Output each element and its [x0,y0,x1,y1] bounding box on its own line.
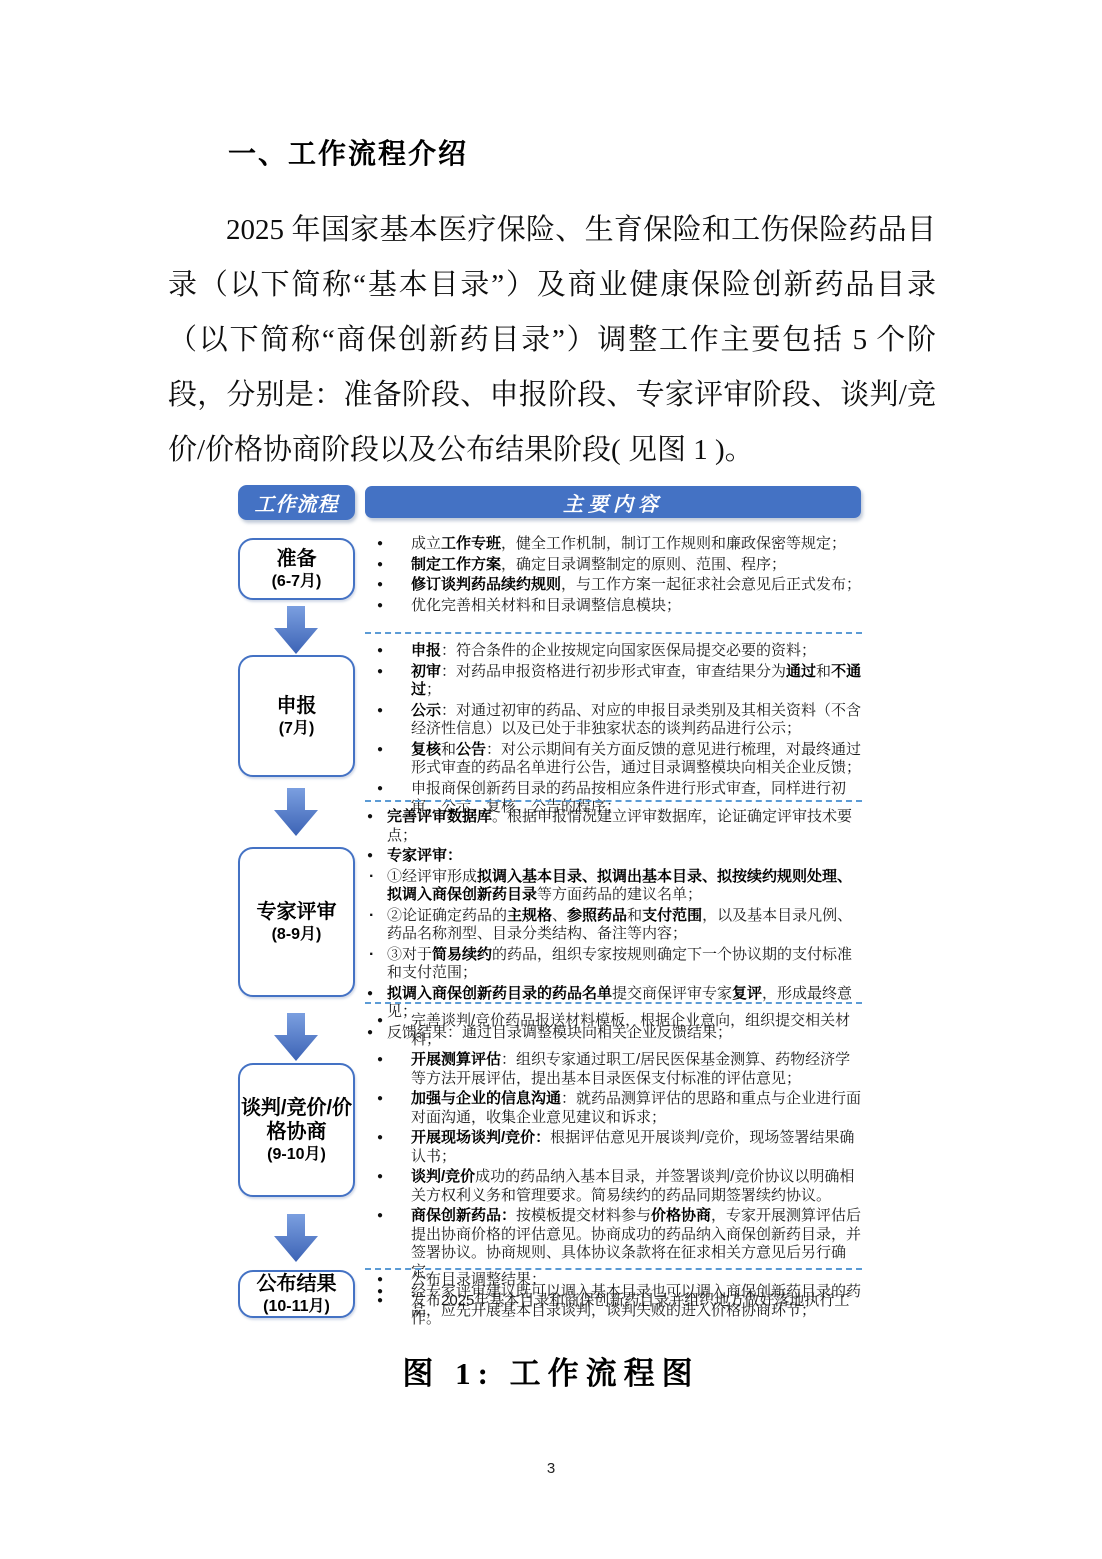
bullet-text: ①经评审形成拟调入基本目录、拟调出基本目录、拟按续约规则处理、拟调入商保创新药目… [387,868,862,905]
bullet-text: 复核和公告：对公示期间有关方面反馈的意见进行梳理，对最终通过形式审查的药品名单进… [411,741,862,778]
stage-label: 准备 [277,547,317,571]
bullet-item: ●公布目录调整结果； [365,1271,862,1290]
bullet-item: ●专家评审： [365,847,862,866]
bullet-icon: ● [365,1129,411,1166]
bullet-text: 优化完善相关材料和目录调整信息模块； [411,597,862,616]
bullet-item: ●优化完善相关材料和目录调整信息模块； [365,597,862,616]
stage-box: 申报(7月) [238,655,355,777]
bullet-text: 完善谈判/竞价药品报送材料模板，根据企业意向，组织提交相关材料； [411,1012,862,1049]
down-arrow-icon [274,788,318,836]
bullet-text: 专家评审： [387,847,862,866]
bullet-item: ●发布2025年基本目录和商保创新药目录并组织地方做好落地执行工作。 [365,1292,862,1329]
stage-period: (6-7月) [272,571,322,592]
down-arrow-icon [274,1013,318,1061]
stage-label: 谈判/竞价/价格协商 [240,1096,353,1144]
bullet-item: ●开展测算评估：组织专家通过职工/居民医保基金测算、药物经济学等方法开展评估，提… [365,1051,862,1088]
bullet-icon: ● [365,1012,411,1049]
stage-box: 准备(6-7月) [238,538,355,600]
stage-period: (7月) [279,718,315,739]
stage-box: 专家评审(8-9月) [238,847,355,997]
bullet-icon: ● [365,642,411,661]
bullet-icon: ● [365,1051,411,1088]
flowchart: 工作流程 主要内容 准备(6-7月)●成立工作专班，健全工作机制，制订工作规则和… [238,485,863,1330]
bullet-item: ·③对于简易续约的药品，组织专家按规则确定下一个协议期的支付标准和支付范围； [365,946,862,983]
down-arrow-icon [274,1214,318,1262]
bullet-item: ●复核和公告：对公示期间有关方面反馈的意见进行梳理，对最终通过形式审查的药品名单… [365,741,862,778]
section-heading: 一、工作流程介绍 [228,132,468,172]
bullet-item: ●公示：对通过初审的药品、对应的申报目录类别及其相关资料（不含经济性信息）以及已… [365,702,862,739]
bullet-text: 加强与企业的信息沟通：就药品测算评估的思路和重点与企业进行面对面沟通，收集企业意… [411,1090,862,1127]
bullet-icon: ● [365,1292,411,1329]
bullet-text: 制定工作方案，确定目录调整制定的原则、范围、程序； [411,556,862,575]
bullet-icon: ● [365,535,411,554]
bullet-item: ·①经评审形成拟调入基本目录、拟调出基本目录、拟按续约规则处理、拟调入商保创新药… [365,868,862,905]
stage-box: 谈判/竞价/价格协商(9-10月) [238,1063,355,1197]
sub-bullet-icon: · [365,946,387,983]
bullet-item: ●谈判/竞价成功的药品纳入基本目录，并签署谈判/竞价协议以明确相关方权利义务和管… [365,1168,862,1205]
content-section: ●成立工作专班，健全工作机制，制订工作规则和廉政保密等规定；●制定工作方案，确定… [365,535,862,617]
bullet-icon: ● [365,741,411,778]
bullet-text: ②论证确定药品的主规格、参照药品和支付范围，以及基本目录凡例、药品名称剂型、目录… [387,907,862,944]
bullet-icon: ● [365,1168,411,1205]
content-section: ●公布目录调整结果；●发布2025年基本目录和商保创新药目录并组织地方做好落地执… [365,1271,862,1331]
bullet-item: ●制定工作方案，确定目录调整制定的原则、范围、程序； [365,556,862,575]
bullet-icon: ● [365,597,411,616]
dashed-divider [365,1268,862,1270]
bullet-icon: ● [365,1271,411,1290]
bullet-item: ●申报：符合条件的企业按规定向国家医保局提交必要的资料； [365,642,862,661]
bullet-icon: ● [365,702,411,739]
sub-bullet-icon: · [365,868,387,905]
down-arrow-icon [274,606,318,654]
stage-box: 公布结果(10-11月) [238,1270,355,1318]
bullet-icon: ● [365,663,411,700]
bullet-item: ●成立工作专班，健全工作机制，制订工作规则和廉政保密等规定； [365,535,862,554]
stage-period: (8-9月) [272,924,322,945]
flowchart-header-process: 工作流程 [238,485,355,520]
bullet-item: ●加强与企业的信息沟通：就药品测算评估的思路和重点与企业进行面对面沟通，收集企业… [365,1090,862,1127]
bullet-item: ●完善谈判/竞价药品报送材料模板，根据企业意向，组织提交相关材料； [365,1012,862,1049]
bullet-text: 完善评审数据库。根据申报情况建立评审数据库，论证确定评审技术要点； [387,808,862,845]
bullet-item: ●开展现场谈判/竞价：根据评估意见开展谈判/竞价，现场签署结果确认书； [365,1129,862,1166]
stage-label: 申报 [277,694,317,718]
bullet-text: 谈判/竞价成功的药品纳入基本目录，并签署谈判/竞价协议以明确相关方权利义务和管理… [411,1168,862,1205]
bullet-icon: ● [365,576,411,595]
dashed-divider [365,800,862,802]
bullet-text: ③对于简易续约的药品，组织专家按规则确定下一个协议期的支付标准和支付范围； [387,946,862,983]
bullet-text: 公布目录调整结果； [411,1271,862,1290]
body-paragraph: 2025 年国家基本医疗保险、生育保险和工伤保险药品目录（以下简称“基本目录”）… [168,203,936,478]
page: 一、工作流程介绍 2025 年国家基本医疗保险、生育保险和工伤保险药品目录（以下… [0,0,1102,1559]
stage-period: (9-10月) [267,1144,326,1165]
flowchart-header-content: 主要内容 [365,486,861,518]
dashed-divider [365,632,862,634]
bullet-text: 成立工作专班，健全工作机制，制订工作规则和廉政保密等规定； [411,535,862,554]
content-section: ●申报：符合条件的企业按规定向国家医保局提交必要的资料；●初审：对药品申报资格进… [365,642,862,819]
dashed-divider [365,1002,862,1004]
stage-period: (10-11月) [263,1296,330,1317]
bullet-icon: ● [365,808,387,845]
page-number: 3 [0,1460,1102,1477]
bullet-text: 申报：符合条件的企业按规定向国家医保局提交必要的资料； [411,642,862,661]
stage-label: 公布结果 [257,1272,337,1296]
bullet-item: ●初审：对药品申报资格进行初步形式审查，审查结果分为通过和不通过； [365,663,862,700]
bullet-item: ·②论证确定药品的主规格、参照药品和支付范围，以及基本目录凡例、药品名称剂型、目… [365,907,862,944]
bullet-text: 公示：对通过初审的药品、对应的申报目录类别及其相关资料（不含经济性信息）以及已处… [411,702,862,739]
content-section: ●完善评审数据库。根据申报情况建立评审数据库，论证确定评审技术要点；●专家评审：… [365,808,862,1044]
bullet-text: 修订谈判药品续约规则，与工作方案一起征求社会意见后正式发布； [411,576,862,595]
stage-label: 专家评审 [257,900,337,924]
bullet-item: ●完善评审数据库。根据申报情况建立评审数据库，论证确定评审技术要点； [365,808,862,845]
bullet-text: 初审：对药品申报资格进行初步形式审查，审查结果分为通过和不通过； [411,663,862,700]
bullet-icon: ● [365,847,387,866]
bullet-icon: ● [365,1090,411,1127]
bullet-item: ●修订谈判药品续约规则，与工作方案一起征求社会意见后正式发布； [365,576,862,595]
bullet-text: 开展测算评估：组织专家通过职工/居民医保基金测算、药物经济学等方法开展评估，提出… [411,1051,862,1088]
figure-caption: 图 1: 工作流程图 [0,1348,1102,1393]
sub-bullet-icon: · [365,907,387,944]
bullet-text: 开展现场谈判/竞价：根据评估意见开展谈判/竞价，现场签署结果确认书； [411,1129,862,1166]
bullet-text: 发布2025年基本目录和商保创新药目录并组织地方做好落地执行工作。 [411,1292,862,1329]
bullet-icon: ● [365,556,411,575]
